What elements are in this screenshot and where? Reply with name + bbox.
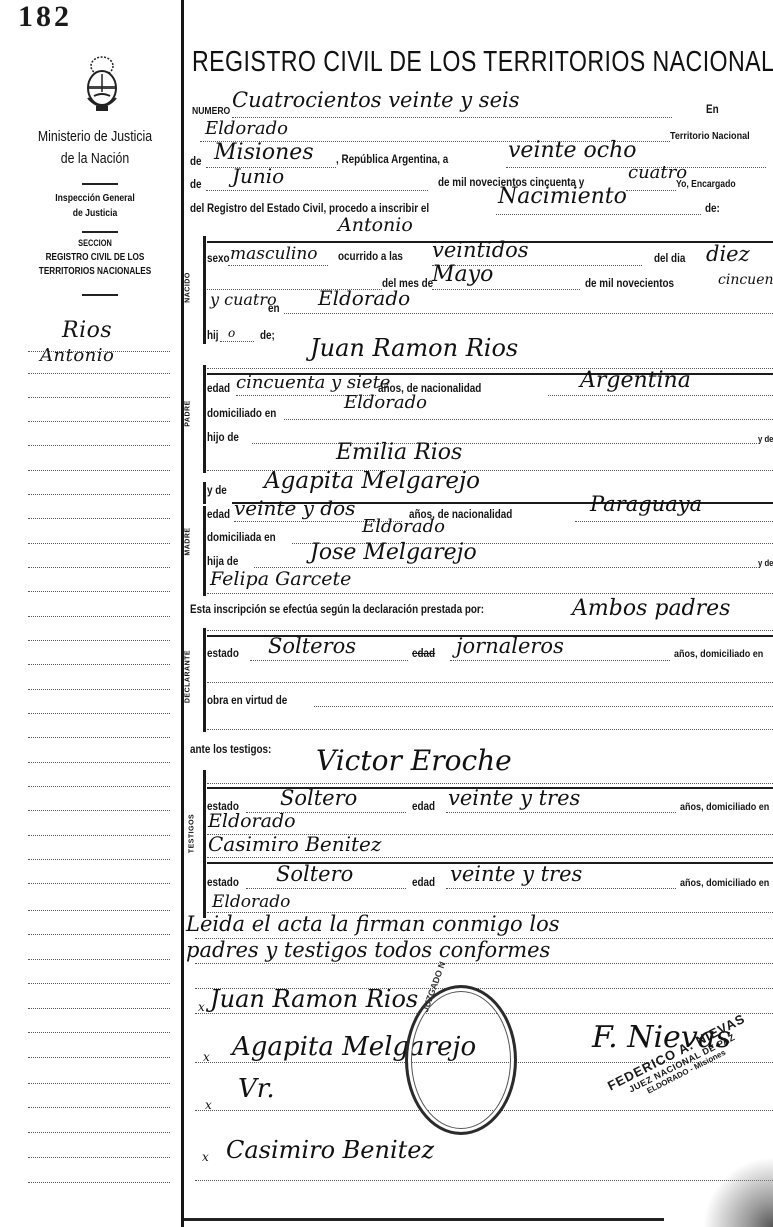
field-line xyxy=(195,1180,773,1181)
child-name-value: Antonio xyxy=(338,214,413,236)
de-label: de; xyxy=(260,330,275,342)
hij-suffix: o xyxy=(228,326,235,340)
edad-label: edad xyxy=(207,509,230,521)
birth-day-value: diez xyxy=(706,242,750,266)
section-line1: REGISTRO CIVIL DE LOS xyxy=(34,252,157,263)
father-age-value: cincuenta y siete xyxy=(236,372,390,393)
field-line xyxy=(232,117,672,118)
maternal-grandfather-value: Jose Melgarejo xyxy=(310,540,477,565)
anos-domiciliado-label: años, domiciliado en xyxy=(680,877,769,889)
section-line2: TERRITORIOS NACIONALES xyxy=(34,266,157,277)
edad-label: edad xyxy=(207,383,230,395)
column-divider xyxy=(181,0,184,1227)
mother-nationality-value: Paraguaya xyxy=(590,492,702,516)
signature-witness1: Vr. xyxy=(238,1074,275,1104)
divider xyxy=(82,231,118,233)
sexo-value: masculino xyxy=(230,244,318,264)
mother-name-value: Agapita Melgarejo xyxy=(264,468,480,494)
page-bottom-edge xyxy=(184,1218,664,1221)
field-line xyxy=(207,630,773,631)
signature-witness2: Casimiro Benitez xyxy=(226,1136,434,1164)
field-line xyxy=(220,341,254,342)
section-bracket xyxy=(203,770,206,918)
witness2-estado-value: Soltero xyxy=(276,862,353,886)
birth-year-value-2: y cuatro xyxy=(210,290,277,309)
field-line xyxy=(548,395,773,396)
en-label: en xyxy=(268,303,280,315)
field-line xyxy=(314,706,773,707)
section-bracket xyxy=(203,236,206,344)
field-line xyxy=(252,443,757,444)
edad-label: edad xyxy=(412,877,435,889)
section-bracket xyxy=(203,628,206,732)
declarant-value: Ambos padres xyxy=(572,596,730,621)
declaracion-label: Esta inscripción se efectúa según la dec… xyxy=(190,604,484,616)
closing-line-1: Leida el acta la firman conmigo los xyxy=(186,912,560,936)
act-type-value: Nacimiento xyxy=(498,184,627,209)
hij-label: hij xyxy=(207,330,219,342)
field-line xyxy=(446,888,676,889)
inspection-line2: de Justicia xyxy=(34,207,157,219)
margin-given-name: Antonio xyxy=(40,345,114,366)
ministry-name-line2: de la Nación xyxy=(34,150,157,167)
witness1-name: Victor Eroche xyxy=(316,744,512,777)
declarant-occupation-value: jornaleros xyxy=(456,634,564,658)
y-de-label: y de xyxy=(758,558,773,568)
divider xyxy=(82,183,118,185)
mother-age-value: veinte y dos xyxy=(234,496,355,520)
y-de-label: y de xyxy=(207,485,227,497)
field-line xyxy=(250,660,408,661)
field-line xyxy=(450,660,670,661)
margin-surname: Rios xyxy=(62,318,112,343)
birth-year-value-1: cincuenta xyxy=(718,272,773,288)
field-line xyxy=(228,265,328,266)
section-bracket xyxy=(203,365,206,473)
father-name-value: Juan Ramon Rios xyxy=(310,334,518,362)
domiciliado-label: domiciliado en xyxy=(207,408,276,420)
witness1-domicile-value: Eldorado xyxy=(208,810,296,832)
section-bracket xyxy=(203,506,206,596)
field-line xyxy=(446,812,676,813)
section-label-declarante: DECLARANTE xyxy=(185,649,192,705)
anos-domiciliado-label: años, domiciliado en xyxy=(680,801,769,813)
anos-domiciliado-label: años, domiciliado en xyxy=(674,648,763,660)
paternal-grandparent-value: Emilia Rios xyxy=(336,440,462,465)
field-line xyxy=(206,190,428,191)
argentina-coat-of-arms-icon xyxy=(80,52,124,118)
field-line xyxy=(496,214,701,215)
de-label-2: de xyxy=(190,179,202,191)
field-line xyxy=(284,419,773,420)
signature-father: Juan Ramon Rios xyxy=(210,985,418,1013)
date-day-value: veinte ocho xyxy=(508,138,637,163)
witness1-age-value: veinte y tres xyxy=(448,786,580,810)
section-label-madre: MADRE xyxy=(185,524,192,560)
territory-value: Misiones xyxy=(214,140,314,165)
section-label-padre: PADRE xyxy=(185,396,192,432)
numero-label: NUMERO xyxy=(192,106,230,117)
field-line xyxy=(207,729,773,730)
field-line xyxy=(626,190,676,191)
estado-label: estado xyxy=(207,648,239,660)
numero-value: Cuatrocientos veinte y seis xyxy=(232,88,520,112)
declarant-estado-value: Solteros xyxy=(268,634,356,658)
field-line xyxy=(207,783,773,784)
ocurrido-label: ocurrido a las xyxy=(338,251,403,263)
birth-month-value: Mayo xyxy=(432,262,493,287)
maternal-grandmother-value: Felipa Garcete xyxy=(210,568,351,590)
novecientos-label: de mil novecientos xyxy=(585,278,674,290)
signature-mark: x xyxy=(198,1000,205,1014)
father-nationality-value: Argentina xyxy=(580,368,691,393)
section-heading: SECCION xyxy=(34,238,157,248)
scan-smudge xyxy=(703,1157,773,1227)
dia-label: del dia xyxy=(654,253,685,265)
field-line xyxy=(246,888,406,889)
edad-label-struck: edad xyxy=(412,648,435,660)
place-value: Eldorado xyxy=(205,118,288,139)
edad-label: edad xyxy=(412,801,435,813)
section-label-nacido: NACIDO xyxy=(185,268,192,308)
month-value: Junio xyxy=(232,164,284,188)
encargado-label: Yo, Encargado xyxy=(676,179,736,190)
page-number: 182 xyxy=(18,0,72,34)
closing-line-2: padres y testigos todos conformes xyxy=(186,938,550,962)
witness2-domicile-value: Eldorado xyxy=(212,892,290,912)
ministry-name-line1: Ministerio de Justicia xyxy=(34,128,157,145)
birth-hour-value: veintidos xyxy=(432,238,529,262)
field-line xyxy=(432,289,580,290)
signature-mark: x xyxy=(202,1150,209,1164)
y-de-label: y de xyxy=(758,434,773,444)
republica-label: , República Argentina, a xyxy=(336,154,448,166)
field-line xyxy=(284,313,773,314)
divider xyxy=(82,294,118,296)
father-domicile-value: Eldorado xyxy=(344,392,427,413)
document-title: REGISTRO CIVIL DE LOS TERRITORIOS NACION… xyxy=(192,46,773,79)
sexo-label: sexo xyxy=(207,253,230,265)
birth-place-value: Eldorado xyxy=(318,286,410,310)
field-line xyxy=(207,857,773,858)
mother-domicile-value: Eldorado xyxy=(362,516,445,537)
witness1-estado-value: Soltero xyxy=(280,786,357,810)
de-label: de xyxy=(190,156,202,168)
witness2-age-value: veinte y tres xyxy=(450,862,582,886)
hijo-de-label: hijo de xyxy=(207,432,239,444)
territorio-label: Territorio Nacional xyxy=(670,130,750,142)
estado-label: estado xyxy=(207,877,239,889)
ante-testigos-label: ante los testigos: xyxy=(190,744,271,756)
domiciliada-label: domiciliada en xyxy=(207,532,276,544)
inspection-line1: Inspección General xyxy=(34,192,157,204)
hija-de-label: hija de xyxy=(207,556,238,568)
field-line xyxy=(575,521,773,522)
field-line xyxy=(207,682,773,683)
en-label: En xyxy=(706,104,719,116)
witness2-name: Casimiro Benitez xyxy=(208,832,381,856)
de-label-3: de: xyxy=(705,203,720,215)
field-line xyxy=(195,963,773,964)
field-line xyxy=(207,593,773,594)
section-bracket xyxy=(203,482,206,504)
section-label-testigos: TESTIGOS xyxy=(189,810,196,858)
obra-label: obra en virtud de xyxy=(207,695,287,707)
